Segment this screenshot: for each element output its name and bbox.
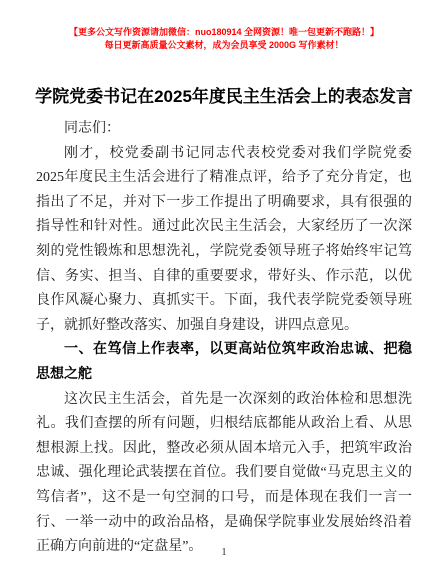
- header-ad-line-1: 【更多公文写作资源请加微信：nuo180914 全网资源！唯一包更新不跑路！】: [0, 26, 448, 39]
- section-heading-1: 一、在笃信上作表率，以更高站位筑牢政治忠诚、把稳思想之舵: [36, 338, 412, 387]
- document-title: 学院党委书记在2025年度民主生活会上的表态发言: [30, 85, 418, 108]
- header-ad: 【更多公文写作资源请加微信：nuo180914 全网资源！唯一包更新不跑路！】 …: [0, 0, 448, 52]
- page-number: 1: [0, 546, 448, 558]
- body-paragraph-2: 这次民主生活会，首先是一次深刻的政治体检和思想洗礼。我们查摆的所有问题，归根结底…: [36, 388, 412, 560]
- document-body: 同志们： 刚才，校党委副书记同志代表校党委对我们学院党委2025年度民主生活会进…: [36, 117, 412, 560]
- body-paragraph-1: 刚才，校党委副书记同志代表校党委对我们学院党委2025年度民主生活会进行了精准点…: [36, 142, 412, 339]
- header-ad-line-2: 每日更新高质量公文素材，成为会员享受 2000G 写作素材！: [0, 39, 448, 52]
- salutation-paragraph: 同志们：: [36, 117, 412, 142]
- document-page: 【更多公文写作资源请加微信：nuo180914 全网资源！唯一包更新不跑路！】 …: [0, 0, 448, 580]
